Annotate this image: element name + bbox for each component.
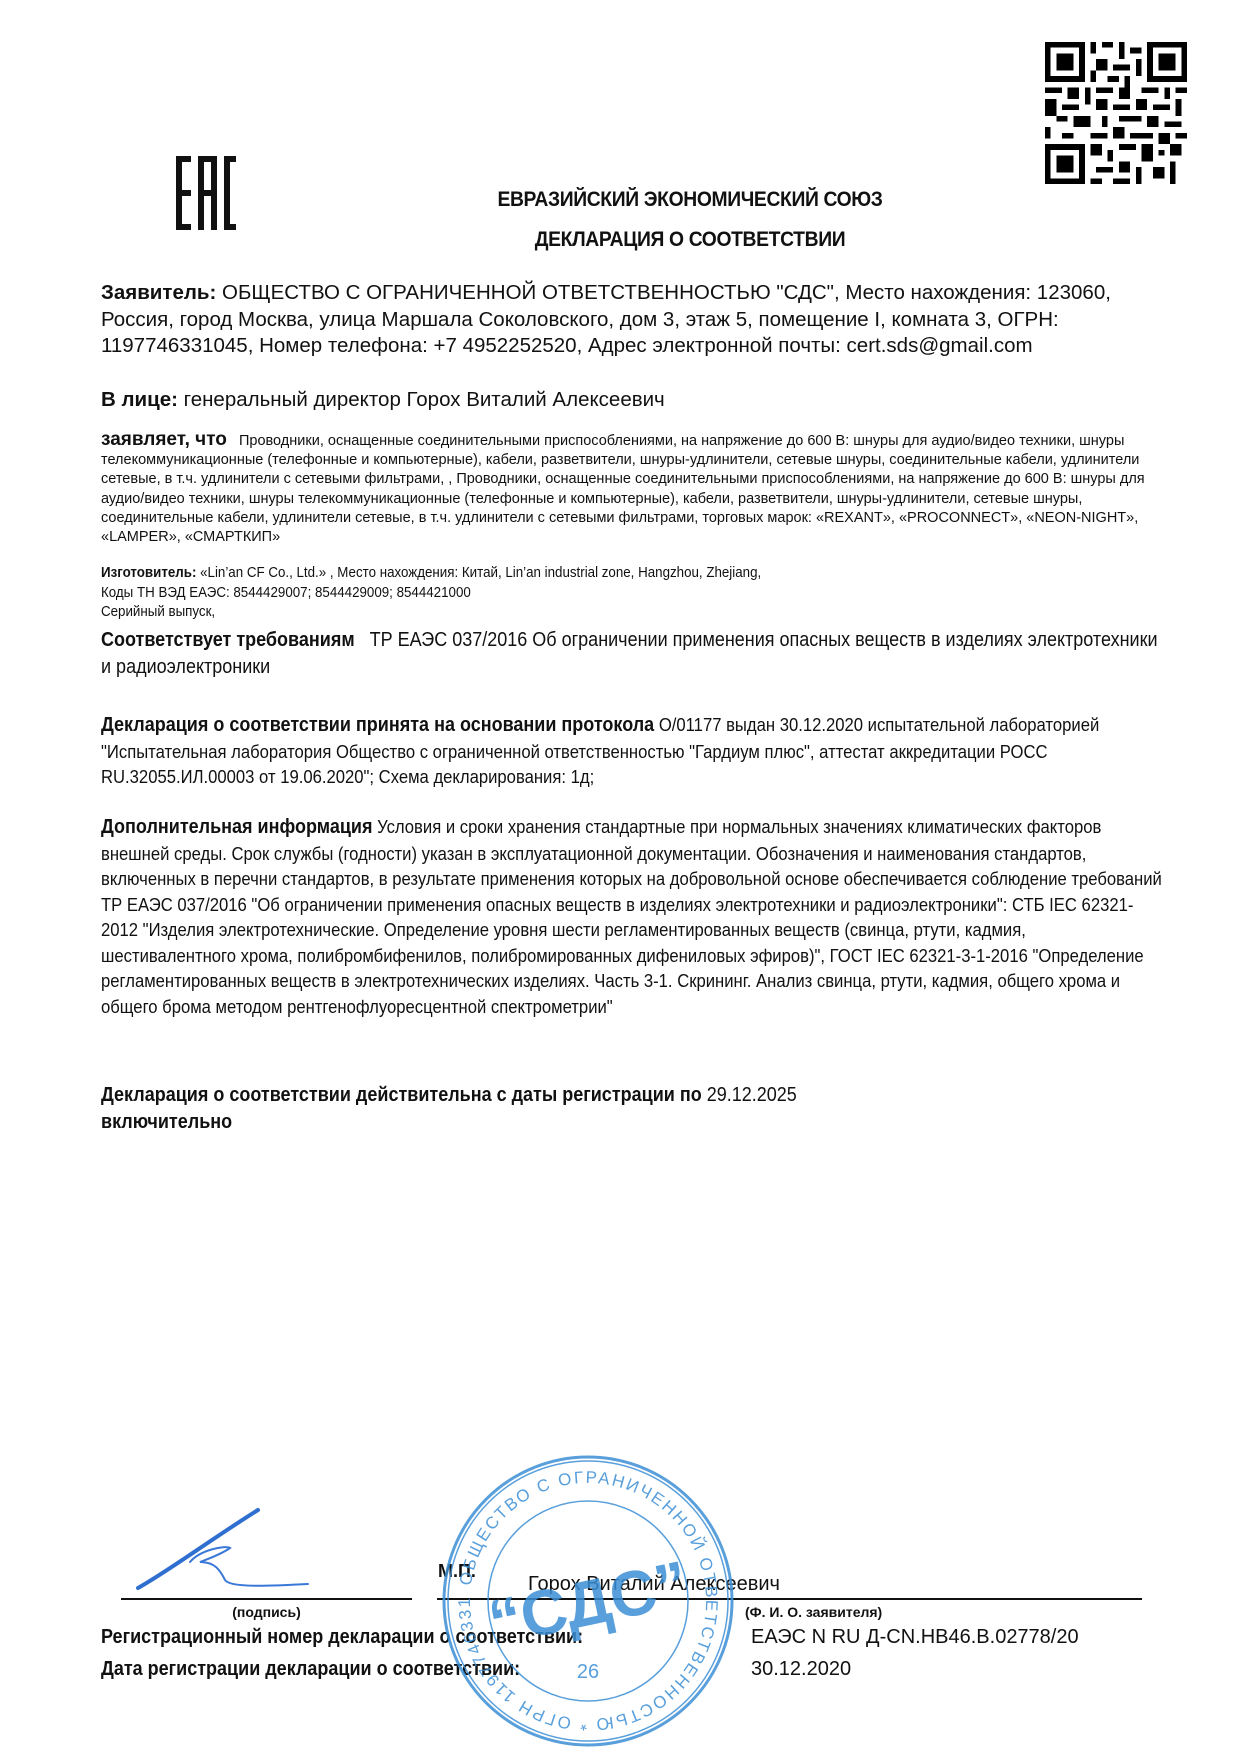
qr-code-icon <box>1045 42 1187 184</box>
person-label: В лице: <box>101 388 178 411</box>
signatory-name: Горох Виталий Алексеевич <box>528 1573 780 1596</box>
additional-info-label: Дополнительная информация <box>101 816 372 838</box>
company-stamp-icon: ОБЩЕСТВО С ОГРАНИЧЕННОЙ ОТВЕТСТВЕННОСТЬЮ… <box>440 1453 736 1749</box>
stamp-mark-label: М.П. <box>438 1561 476 1582</box>
validity-label: Декларация о соответствии действительна … <box>101 1084 702 1106</box>
person-section: В лице: генеральный директор Горох Витал… <box>101 388 1166 412</box>
applicant-label: Заявитель: <box>101 281 216 304</box>
applicant-text: ОБЩЕСТВО С ОГРАНИЧЕННОЙ ОТВЕТСТВЕННОСТЬЮ… <box>101 281 1111 357</box>
person-text: генеральный директор Горох Виталий Алекс… <box>184 388 665 411</box>
declaration-subject: заявляет, что Проводники, оснащенные сое… <box>101 430 1166 547</box>
signature-icon <box>130 1500 310 1600</box>
additional-info-text: Условия и сроки хранения стандартные при… <box>101 816 1162 1017</box>
applicant-section: Заявитель: ОБЩЕСТВО С ОГРАНИЧЕННОЙ ОТВЕТ… <box>101 280 1166 360</box>
validity-section: Декларация о соответствии действительна … <box>101 1082 1166 1136</box>
registration-date-value: 30.12.2020 <box>751 1658 851 1681</box>
hs-codes: Коды ТН ВЭД ЕАЭС: 8544429007; 8544429009… <box>101 584 1168 604</box>
validity-suffix: включительно <box>101 1111 232 1133</box>
name-line <box>437 1598 1142 1600</box>
protocol-section: Декларация о соответствии принята на осн… <box>101 712 1166 790</box>
validity-date: 29.12.2025 <box>707 1084 797 1106</box>
manufacturer-text: «Lin’an CF Co., Ltd.» , Место нахождения… <box>200 565 761 581</box>
additional-info-section: Дополнительная информация Условия и срок… <box>101 814 1166 1019</box>
production-type: Серийный выпуск, <box>101 603 1168 623</box>
signature-line <box>121 1598 412 1600</box>
registration-date-label: Дата регистрации декларации о соответств… <box>101 1658 567 1681</box>
protocol-label: Декларация о соответствии принята на осн… <box>101 714 654 736</box>
requirements-label: Соответствует требованиям <box>101 629 355 651</box>
svg-text:26: 26 <box>577 1661 599 1683</box>
document-title: ДЕКЛАРАЦИЯ О СООТВЕТСТВИИ <box>55 228 1240 252</box>
union-title: ЕВРАЗИЙСКИЙ ЭКОНОМИЧЕСКИЙ СОЮЗ <box>55 188 1240 212</box>
requirements-section: Соответствует требованиям ТР ЕАЭС 037/20… <box>101 627 1166 681</box>
manufacturer-section: Изготовитель: «Lin’an CF Co., Ltd.» , Ме… <box>101 564 1166 623</box>
name-caption: (Ф. И. О. заявителя) <box>745 1604 882 1620</box>
manufacturer-label: Изготовитель: <box>101 565 196 581</box>
registration-number-value: ЕАЭС N RU Д-CN.НВ46.В.02778/20 <box>751 1626 1079 1649</box>
declares-label: заявляет, что <box>101 429 227 450</box>
signature-caption: (подпись) <box>121 1604 412 1620</box>
declares-text: Проводники, оснащенные соединительными п… <box>101 433 1145 545</box>
registration-number-label: Регистрационный номер декларации о соотв… <box>101 1626 637 1649</box>
